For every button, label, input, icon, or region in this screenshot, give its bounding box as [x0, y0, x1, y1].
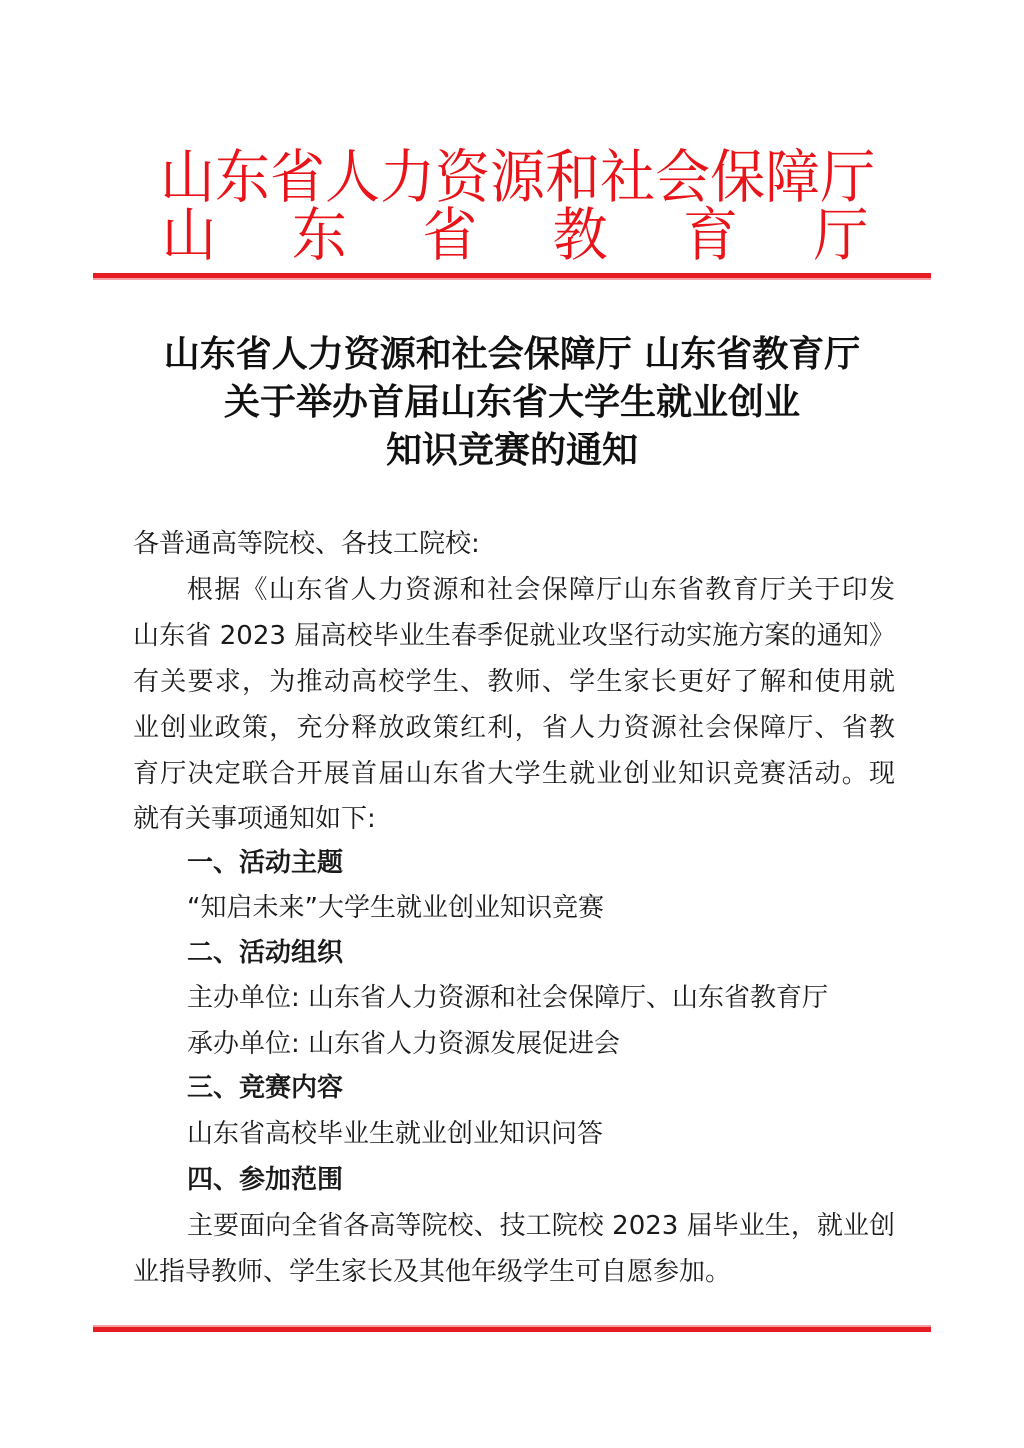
letterhead-char: 和 [545, 147, 600, 208]
section-line: “知启未来”大学生就业创业知识竞赛 [133, 885, 895, 931]
letterhead-char: 资 [435, 147, 490, 208]
section-line: 山东省高校毕业生就业创业知识问答 [133, 1111, 895, 1157]
letterhead-char: 东 [215, 147, 270, 208]
letterhead-char: 障 [765, 147, 820, 208]
letterhead-char: 人 [325, 147, 380, 208]
document-title-line-2: 关于举办首届山东省大学生就业创业 [100, 378, 924, 426]
letterhead-char: 保 [710, 147, 765, 208]
letterhead-char: 厅 [820, 147, 875, 208]
letterhead-char: 山 [160, 205, 218, 266]
letterhead-char: 厅 [812, 205, 870, 266]
section-heading-content: 三、竞赛内容 [133, 1065, 895, 1111]
document-page: 山 东 省 人 力 资 源 和 社 会 保 障 厅 山 东 省 教 育 厅 山东… [0, 0, 1024, 1448]
section-heading-theme: 一、活动主题 [133, 840, 895, 886]
red-rule-top [93, 273, 931, 280]
letterhead-line-2: 山 东 省 教 育 厅 [160, 206, 870, 264]
letterhead-char: 源 [490, 147, 545, 208]
letterhead-char: 山 [160, 147, 215, 208]
letterhead-line-1: 山 东 省 人 力 资 源 和 社 会 保 障 厅 [160, 148, 870, 206]
intro-line: 根据《山东省人力资源和社会保障厅山东省教育厅关于印发 [133, 567, 895, 613]
salutation: 各普通高等院校、各技工院校: [133, 521, 895, 567]
document-title-line-1: 山东省人力资源和社会保障厅 山东省教育厅 [100, 330, 924, 378]
letterhead-char: 省 [270, 147, 325, 208]
section-line: 主要面向全省各高等院校、技工院校 2023 届毕业生，就业创 [133, 1203, 895, 1249]
intro-line: 有关要求，为推动高校学生、教师、学生家长更好了解和使用就 [133, 659, 895, 705]
intro-line: 就有关事项通知如下: [133, 796, 895, 842]
letterhead-char: 教 [551, 205, 609, 266]
intro-line: 育厅决定联合开展首届山东省大学生就业创业知识竞赛活动。现 [133, 751, 895, 797]
document-title-line-3: 知识竞赛的通知 [100, 426, 924, 474]
intro-line: 山东省 2023 届高校毕业生春季促就业攻坚行动实施方案的通知》 [133, 613, 895, 659]
intro-line: 业创业政策，充分释放政策红利，省人力资源社会保障厅、省教 [133, 705, 895, 751]
section-heading-organization: 二、活动组织 [133, 930, 895, 976]
letterhead-char: 东 [290, 205, 348, 266]
letterhead-char: 力 [380, 147, 435, 208]
section-line: 承办单位: 山东省人力资源发展促进会 [133, 1021, 895, 1067]
letterhead-char: 育 [682, 205, 740, 266]
letterhead-char: 省 [421, 205, 479, 266]
section-line: 主办单位: 山东省人力资源和社会保障厅、山东省教育厅 [133, 975, 895, 1021]
red-rule-bottom [93, 1325, 931, 1332]
section-heading-scope: 四、参加范围 [133, 1157, 895, 1203]
section-line: 业指导教师、学生家长及其他年级学生可自愿参加。 [133, 1249, 895, 1295]
letterhead-char: 社 [600, 147, 655, 208]
letterhead-char: 会 [655, 147, 710, 208]
